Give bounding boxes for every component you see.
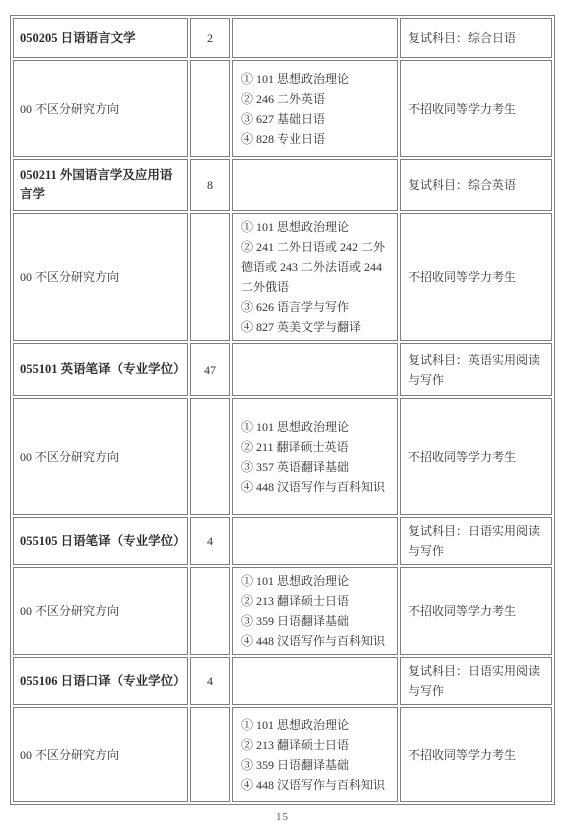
subject-item: ① 101 思想政治理论 — [241, 69, 393, 89]
quota-cell-empty — [190, 213, 230, 341]
subject-item: ② 211 翻译硕士英语 — [241, 437, 393, 457]
program-row: 055106 日语口译（专业学位） 4 复试科目：日语实用阅读与写作 — [13, 657, 552, 705]
program-cell: 050211 外国语言学及应用语言学 — [13, 159, 188, 211]
subject-item: ④ 448 汉语写作与百科知识 — [241, 631, 393, 651]
program-row: 050211 外国语言学及应用语言学 8 复试科目：综合英语 — [13, 159, 552, 211]
program-cell: 055105 日语笔译（专业学位） — [13, 517, 188, 565]
quota-cell: 4 — [190, 517, 230, 565]
subject-item: ④ 448 汉语写作与百科知识 — [241, 775, 393, 795]
direction-cell: 00 不区分研究方向 — [13, 398, 188, 515]
note-cell: 不招收同等学力考生 — [400, 213, 552, 341]
remark-cell: 复试科目：综合日语 — [400, 18, 552, 58]
remark-cell: 复试科目：日语实用阅读与写作 — [400, 657, 552, 705]
subject-item: ① 101 思想政治理论 — [241, 217, 393, 237]
subjects-cell-empty — [232, 343, 398, 396]
subjects-cell: ① 101 思想政治理论 ② 211 翻译硕士英语 ③ 357 英语翻译基础 ④… — [232, 398, 398, 515]
note-cell: 不招收同等学力考生 — [400, 398, 552, 515]
remark-cell: 复试科目：综合英语 — [400, 159, 552, 211]
subjects-cell-empty — [232, 517, 398, 565]
quota-cell-empty — [190, 567, 230, 655]
subjects-cell-empty — [232, 18, 398, 58]
quota-cell-empty — [190, 398, 230, 515]
subject-item: ③ 359 日语翻译基础 — [241, 611, 393, 631]
direction-row: 00 不区分研究方向 ① 101 思想政治理论 ② 211 翻译硕士英语 ③ 3… — [13, 398, 552, 515]
subject-item: ② 213 翻译硕士日语 — [241, 591, 393, 611]
note-cell: 不招收同等学力考生 — [400, 60, 552, 157]
direction-cell: 00 不区分研究方向 — [13, 60, 188, 157]
remark-cell: 复试科目：英语实用阅读与写作 — [400, 343, 552, 396]
quota-cell: 8 — [190, 159, 230, 211]
subject-item: ① 101 思想政治理论 — [241, 417, 393, 437]
quota-cell: 2 — [190, 18, 230, 58]
subjects-cell: ① 101 思想政治理论 ② 241 二外日语或 242 二外德语或 243 二… — [232, 213, 398, 341]
direction-row: 00 不区分研究方向 ① 101 思想政治理论 ② 213 翻译硕士日语 ③ 3… — [13, 707, 552, 802]
subject-item: ④ 448 汉语写作与百科知识 — [241, 477, 393, 497]
page-number: 15 — [0, 811, 565, 823]
program-cell: 055101 英语笔译（专业学位） — [13, 343, 188, 396]
document-page: 050205 日语语言文学 2 复试科目：综合日语 00 不区分研究方向 ① 1… — [0, 0, 565, 839]
program-row: 055105 日语笔译（专业学位） 4 复试科目：日语实用阅读与写作 — [13, 517, 552, 565]
subjects-cell-empty — [232, 159, 398, 211]
direction-row: 00 不区分研究方向 ① 101 思想政治理论 ② 246 二外英语 ③ 627… — [13, 60, 552, 157]
program-row: 050205 日语语言文学 2 复试科目：综合日语 — [13, 18, 552, 58]
subject-item: ② 213 翻译硕士日语 — [241, 735, 393, 755]
quota-cell: 47 — [190, 343, 230, 396]
subjects-cell: ① 101 思想政治理论 ② 213 翻译硕士日语 ③ 359 日语翻译基础 ④… — [232, 707, 398, 802]
program-cell: 055106 日语口译（专业学位） — [13, 657, 188, 705]
direction-cell: 00 不区分研究方向 — [13, 707, 188, 802]
subject-item: ④ 828 专业日语 — [241, 129, 393, 149]
direction-row: 00 不区分研究方向 ① 101 思想政治理论 ② 241 二外日语或 242 … — [13, 213, 552, 341]
admissions-table: 050205 日语语言文学 2 复试科目：综合日语 00 不区分研究方向 ① 1… — [10, 15, 555, 805]
subjects-cell: ① 101 思想政治理论 ② 246 二外英语 ③ 627 基础日语 ④ 828… — [232, 60, 398, 157]
direction-cell: 00 不区分研究方向 — [13, 213, 188, 341]
subject-item: ① 101 思想政治理论 — [241, 571, 393, 591]
subject-item: ③ 357 英语翻译基础 — [241, 457, 393, 477]
quota-cell-empty — [190, 707, 230, 802]
note-cell: 不招收同等学力考生 — [400, 707, 552, 802]
program-row: 055101 英语笔译（专业学位） 47 复试科目：英语实用阅读与写作 — [13, 343, 552, 396]
subject-item: ③ 359 日语翻译基础 — [241, 755, 393, 775]
subject-item: ② 241 二外日语或 242 二外德语或 243 二外法语或 244 二外俄语 — [241, 237, 393, 297]
note-cell: 不招收同等学力考生 — [400, 567, 552, 655]
subject-item: ③ 626 语言学与写作 — [241, 297, 393, 317]
program-cell: 050205 日语语言文学 — [13, 18, 188, 58]
direction-row: 00 不区分研究方向 ① 101 思想政治理论 ② 213 翻译硕士日语 ③ 3… — [13, 567, 552, 655]
subjects-cell-empty — [232, 657, 398, 705]
subject-item: ④ 827 英美文学与翻译 — [241, 317, 393, 337]
subjects-cell: ① 101 思想政治理论 ② 213 翻译硕士日语 ③ 359 日语翻译基础 ④… — [232, 567, 398, 655]
quota-cell-empty — [190, 60, 230, 157]
subject-item: ② 246 二外英语 — [241, 89, 393, 109]
subject-item: ① 101 思想政治理论 — [241, 715, 393, 735]
quota-cell: 4 — [190, 657, 230, 705]
remark-cell: 复试科目：日语实用阅读与写作 — [400, 517, 552, 565]
subject-item: ③ 627 基础日语 — [241, 109, 393, 129]
direction-cell: 00 不区分研究方向 — [13, 567, 188, 655]
